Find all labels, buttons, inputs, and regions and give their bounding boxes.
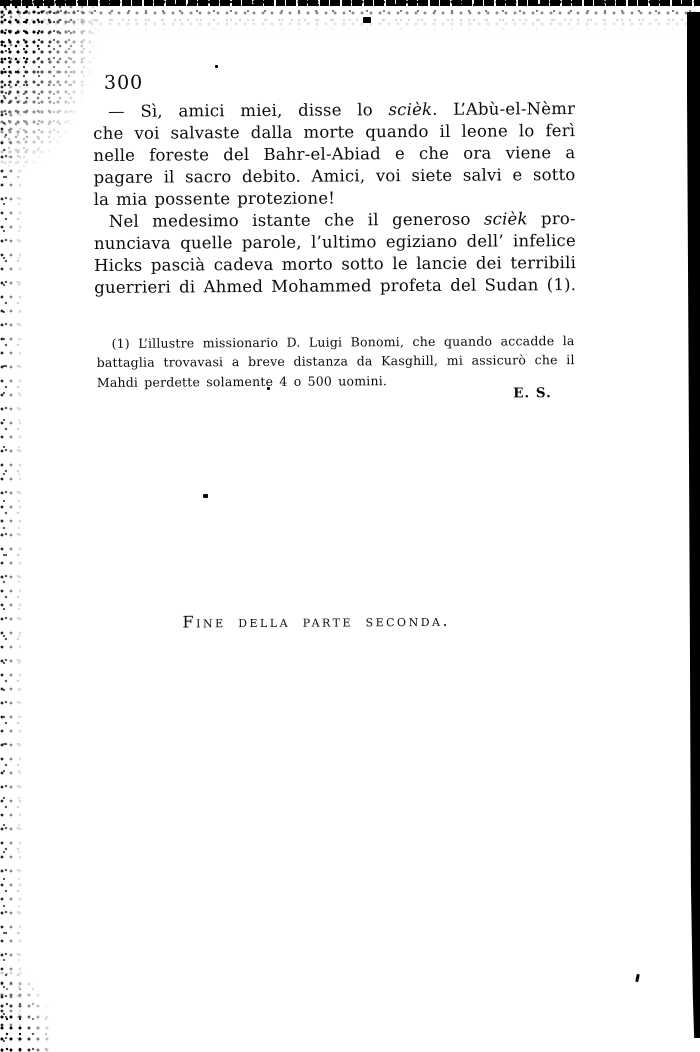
- text-segment: Nel medesimo istante che il generoso: [109, 210, 484, 231]
- text-segment: Hicks pascià cadeva morto sotto le lanci…: [94, 253, 576, 275]
- text-segment: pagare il sacro debito. Amici, voi siete…: [93, 165, 575, 187]
- text-segment: (1) L’illustre missionario D. Luigi Bono…: [112, 333, 575, 351]
- part-end-caption: Fine della parte seconda.: [76, 610, 556, 632]
- author-initials: E. S.: [513, 385, 552, 401]
- scanned-book-page: 300 — Sì, amici miei, disse lo scièk. L’…: [0, 0, 700, 1052]
- page-content: 300 — Sì, amici miei, disse lo scièk. L’…: [0, 0, 700, 1052]
- text-line: Mahdi perdette solamente 4 o 500 uomini.: [97, 370, 575, 392]
- text-line: guerrieri di Ahmed Mohammed profeta del …: [94, 274, 576, 299]
- text-line: nunciava quelle parole, l’ultimo egizian…: [94, 230, 576, 255]
- text-line: nelle foreste del Bahr-el-Abiad e che or…: [93, 142, 575, 167]
- text-segment: guerrieri di Ahmed Mohammed profeta del …: [94, 275, 576, 297]
- text-segment: che voi salvaste dalla morte quando il l…: [93, 121, 575, 143]
- text-line: Hicks pascià cadeva morto sotto le lanci…: [94, 252, 576, 277]
- text-segment: Mahdi perdette solamente 4 o 500 uomini.: [97, 373, 387, 390]
- footnote: (1) L’illustre missionario D. Luigi Bono…: [96, 331, 574, 392]
- text-line: — Sì, amici miei, disse lo scièk. L’Abù-…: [93, 98, 575, 123]
- text-line: Nel medesimo istante che il generoso sci…: [94, 208, 576, 233]
- italic-text-segment: scièk: [484, 209, 528, 228]
- text-segment: pro-: [528, 209, 576, 228]
- text-line: che voi salvaste dalla morte quando il l…: [93, 120, 575, 145]
- text-segment: — Sì, amici miei, disse lo: [108, 100, 388, 121]
- text-line: pagare il sacro debito. Amici, voi siete…: [93, 164, 575, 189]
- text-segment: L’Abù-el-Nèmr: [438, 99, 576, 119]
- text-segment: battaglia trovavasi a breve distanza da …: [97, 352, 575, 370]
- text-line: battaglia trovavasi a breve distanza da …: [97, 350, 575, 372]
- text-line: la mia possente protezione!: [94, 186, 576, 211]
- italic-text-segment: scièk.: [388, 100, 437, 119]
- body-paragraphs: — Sì, amici miei, disse lo scièk. L’Abù-…: [93, 98, 576, 299]
- text-segment: nunciava quelle parole, l’ultimo egizian…: [94, 231, 576, 253]
- text-segment: la mia possente protezione!: [94, 189, 336, 209]
- page-number: 300: [104, 72, 143, 94]
- text-segment: nelle foreste del Bahr-el-Abiad e che or…: [93, 143, 575, 165]
